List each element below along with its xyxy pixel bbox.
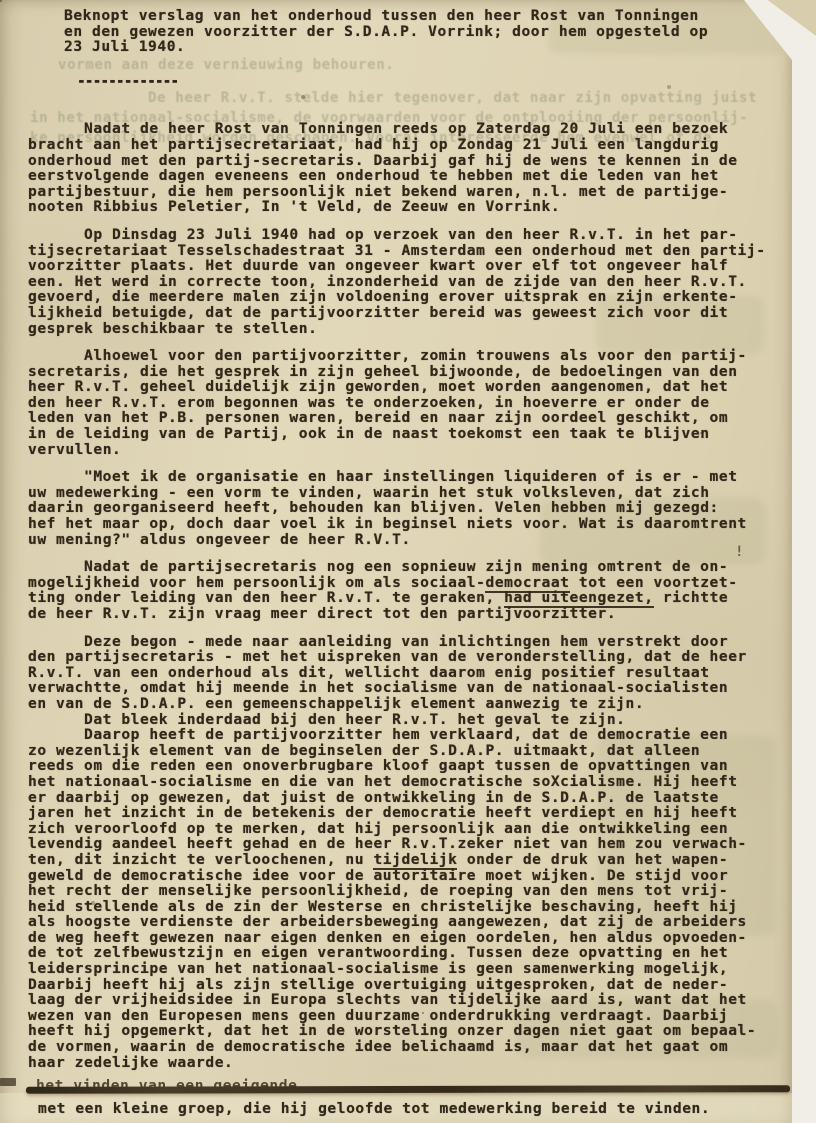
text-line: in de leiding van de Partij, ook in de n…: [28, 426, 786, 442]
text-line: uw mening?" aldus ongeveer de heer R.V.T…: [28, 532, 786, 548]
text-line: lijkheid betuigde, dat de partijvoorzitt…: [28, 305, 786, 321]
paragraph: Nadat de heer Rost van Tonningen reeds o…: [28, 121, 786, 215]
text-line: Deze begon - mede naar aanleiding van in…: [28, 634, 786, 650]
paragraph: Nadat de partijsecretaris nog een sopnie…: [28, 559, 786, 621]
text-line: heid stellende als de zin der Westerse e…: [28, 899, 786, 915]
text-line: voorzitter plaats. Het duurde van ongeve…: [28, 258, 786, 274]
text-line: leidersprincipe van het nationaal-social…: [28, 961, 786, 977]
text-line: levendig aandeel heeft gehad en de heer …: [28, 836, 786, 852]
edge-mark: [0, 1078, 16, 1086]
text-line: jaren het inzicht in de betekenis der de…: [28, 805, 786, 821]
text-line: verwachtte, omdat hij meende in het soci…: [28, 680, 786, 696]
text-line: bracht aan het partijsecretariaat, had h…: [28, 137, 786, 153]
document-body: Nadat de heer Rost van Tonningen reeds o…: [28, 121, 786, 1070]
title-line: 23 Juli 1940.: [64, 39, 786, 55]
text-line: het recht der menselijke persoonlijkheid…: [28, 883, 786, 899]
paragraph: Alhoewel voor den partijvoorzitter, zomi…: [28, 348, 786, 457]
text-line: zich veroorloofd op te merken, dat hij p…: [28, 821, 786, 837]
text-line: hef het maar op, doch daar voel ik in be…: [28, 516, 786, 532]
paragraph: Deze begon - mede naar aanleiding van in…: [28, 634, 786, 712]
text-line: eerstvolgende dagen eveneens een onderho…: [28, 168, 786, 184]
text-line: partijbestuur, die hem persoonlijk niet …: [28, 184, 786, 200]
text-line: de vormen, waarin de democratische idee …: [28, 1039, 786, 1055]
document-sheet: vormen aan deze vernieuwing behouren.De …: [0, 0, 792, 1123]
typed-content: Beknopt verslag van het onderhoud tussen…: [28, 8, 786, 1070]
title-line: en den gewezen voorzitter der S.D.A.P. V…: [64, 24, 786, 40]
footer-text-line: met een kleine groep, die hij geloofde t…: [38, 1100, 710, 1117]
text-line: secretaris, die het gesprek in zijn gehe…: [28, 364, 786, 380]
text-line: heeft hij opgemerkt, dat het in de worst…: [28, 1023, 786, 1039]
text-line: Daarbij heeft hij als zijn stellige over…: [28, 977, 786, 993]
paragraph: Op Dinsdag 23 Juli 1940 had op verzoek v…: [28, 227, 786, 336]
text-line: "Moet ik de organisatie en haar instelli…: [28, 469, 786, 485]
text-line: vervullen.: [28, 442, 786, 458]
text-line: een. Het werd in correcte toon, inzonder…: [28, 274, 786, 290]
title-block: Beknopt verslag van het onderhoud tussen…: [64, 8, 786, 55]
text-line: den partijsecretaris - met het uispreken…: [28, 649, 786, 665]
text-line: gesprek beschikbaar te stellen.: [28, 321, 786, 337]
text-line: er daarbij op gewezen, dat juist de ontw…: [28, 790, 786, 806]
text-line: heer R.v.T. geheel duidelijk zijn geword…: [28, 379, 786, 395]
text-line: de heer R.v.T. zijn vraag meer direct to…: [28, 606, 786, 622]
text-line: Op Dinsdag 23 Juli 1940 had op verzoek v…: [28, 227, 786, 243]
dashed-divider: -------------: [77, 73, 786, 89]
text-line: reeds om die reden een onoverbrugbare kl…: [28, 758, 786, 774]
title-line: Beknopt verslag van het onderhoud tussen…: [64, 8, 786, 24]
paragraph: Dat bleek inderdaad bij den heer R.v.T. …: [28, 712, 786, 728]
text-line: haar zedelijke waarde.: [28, 1055, 786, 1071]
text-line: ting onder leiding van den heer R.v.T. t…: [28, 590, 786, 606]
text-line: Nadat de heer Rost van Tonningen reeds o…: [28, 121, 786, 137]
text-line: gevoerd, die meerdere malen zijn voldoen…: [28, 289, 786, 305]
paper-specks: [0, 0, 2, 2]
text-line: Nadat de partijsecretaris nog een sopnie…: [28, 559, 786, 575]
text-line: ten, dit inzicht te verloochenen, nu tij…: [28, 852, 786, 868]
text-line: daarin georganiseerd heeft, behouden kan…: [28, 500, 786, 516]
text-line: Alhoewel voor den partijvoorzitter, zomi…: [28, 348, 786, 364]
text-line: Dat bleek inderdaad bij den heer R.v.T. …: [28, 712, 786, 728]
text-line: Daarop heeft de partijvoorzitter hem ver…: [28, 727, 786, 743]
scanned-document-page: { "document": { "title_lines": [ "Beknop…: [0, 0, 816, 1123]
text-line: zo wezenlijk element van de beginselen d…: [28, 743, 786, 759]
text-line: onderhoud met den partij-secretaris. Daa…: [28, 153, 786, 169]
text-line: het nationaal-socialisme en die van het …: [28, 774, 786, 790]
text-line: nooten Ribbius Peletier, In 't Veld, de …: [28, 199, 786, 215]
text-line: en van de S.D.A.P. een gemeenschappelijk…: [28, 696, 786, 712]
text-line: geweld de democratische idee voor de aut…: [28, 868, 786, 884]
text-line: laag der vrijheidsidee in Europa slechts…: [28, 992, 786, 1008]
paragraph: "Moet ik de organisatie en haar instelli…: [28, 469, 786, 547]
text-line: de tot zelfbewustzijn en eigen verantwoo…: [28, 945, 786, 961]
text-line: als hoogste verdienste der arbeidersbewe…: [28, 914, 786, 930]
text-line: leden van het P.B. personen waren, berei…: [28, 410, 786, 426]
text-line: tijsecretariaat Tesselschadestraat 31 - …: [28, 243, 786, 259]
paragraph: Daarop heeft de partijvoorzitter hem ver…: [28, 727, 786, 1070]
